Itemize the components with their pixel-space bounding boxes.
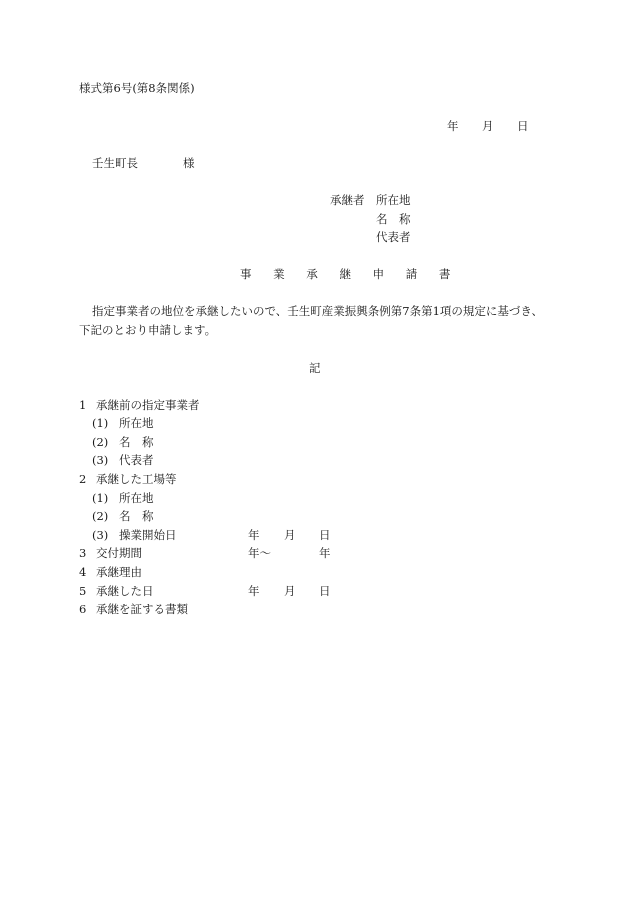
item-label: 名 称	[119, 509, 154, 523]
applicant-address: 所在地	[376, 193, 411, 207]
item-number: (2)	[92, 509, 108, 523]
item-number: (2)	[92, 435, 108, 449]
item-number: (3)	[92, 453, 108, 467]
item-date-year: 年	[248, 584, 260, 598]
item-label: 承継を証する書類	[96, 602, 188, 616]
item-label: 代表者	[119, 453, 154, 467]
item-label: 承継前の指定事業者	[96, 398, 200, 412]
ki-heading: 記	[309, 361, 321, 375]
item-number: 2	[79, 472, 86, 486]
item-number: 6	[79, 602, 86, 616]
item-number: 1	[79, 398, 86, 412]
item-label: 所在地	[119, 416, 154, 430]
applicant-name: 名 称	[376, 212, 411, 226]
item-date-year: 年	[248, 528, 260, 542]
item-label: 名 称	[119, 435, 154, 449]
item-number: (3)	[92, 528, 108, 542]
addressee-honorific: 様	[183, 156, 195, 170]
document-title: 事 業 承 継 申 請 書	[240, 267, 459, 281]
item-period-start: 年～	[248, 546, 271, 560]
item-date-day: 日	[319, 528, 331, 542]
item-number: (1)	[92, 491, 108, 505]
date-year: 年	[447, 119, 459, 133]
item-number: 3	[79, 546, 86, 560]
item-label: 承継理由	[96, 565, 142, 579]
date-day: 日	[517, 119, 529, 133]
item-label: 操業開始日	[119, 528, 177, 542]
item-period-end: 年	[319, 546, 331, 560]
applicant-representative: 代表者	[376, 230, 411, 244]
item-label: 承継した日	[96, 584, 154, 598]
addressee-name: 壬生町長	[92, 156, 138, 170]
item-number: (1)	[92, 416, 108, 430]
item-label: 所在地	[119, 491, 154, 505]
body-text-line-2: 下記のとおり申請します。	[79, 323, 216, 337]
item-date-day: 日	[319, 584, 331, 598]
item-number: 4	[79, 565, 86, 579]
item-number: 5	[79, 584, 86, 598]
applicant-label: 承継者	[330, 193, 365, 207]
item-label: 交付期間	[96, 546, 142, 560]
body-text-line-1: 指定事業者の地位を承継したいので、壬生町産業振興条例第7条第1項の規定に基づき、	[92, 304, 543, 318]
form-number: 様式第6号(第8条関係)	[79, 81, 195, 95]
date-month: 月	[482, 119, 494, 133]
item-label: 承継した工場等	[96, 472, 177, 486]
item-date-month: 月	[284, 584, 296, 598]
item-date-month: 月	[284, 528, 296, 542]
